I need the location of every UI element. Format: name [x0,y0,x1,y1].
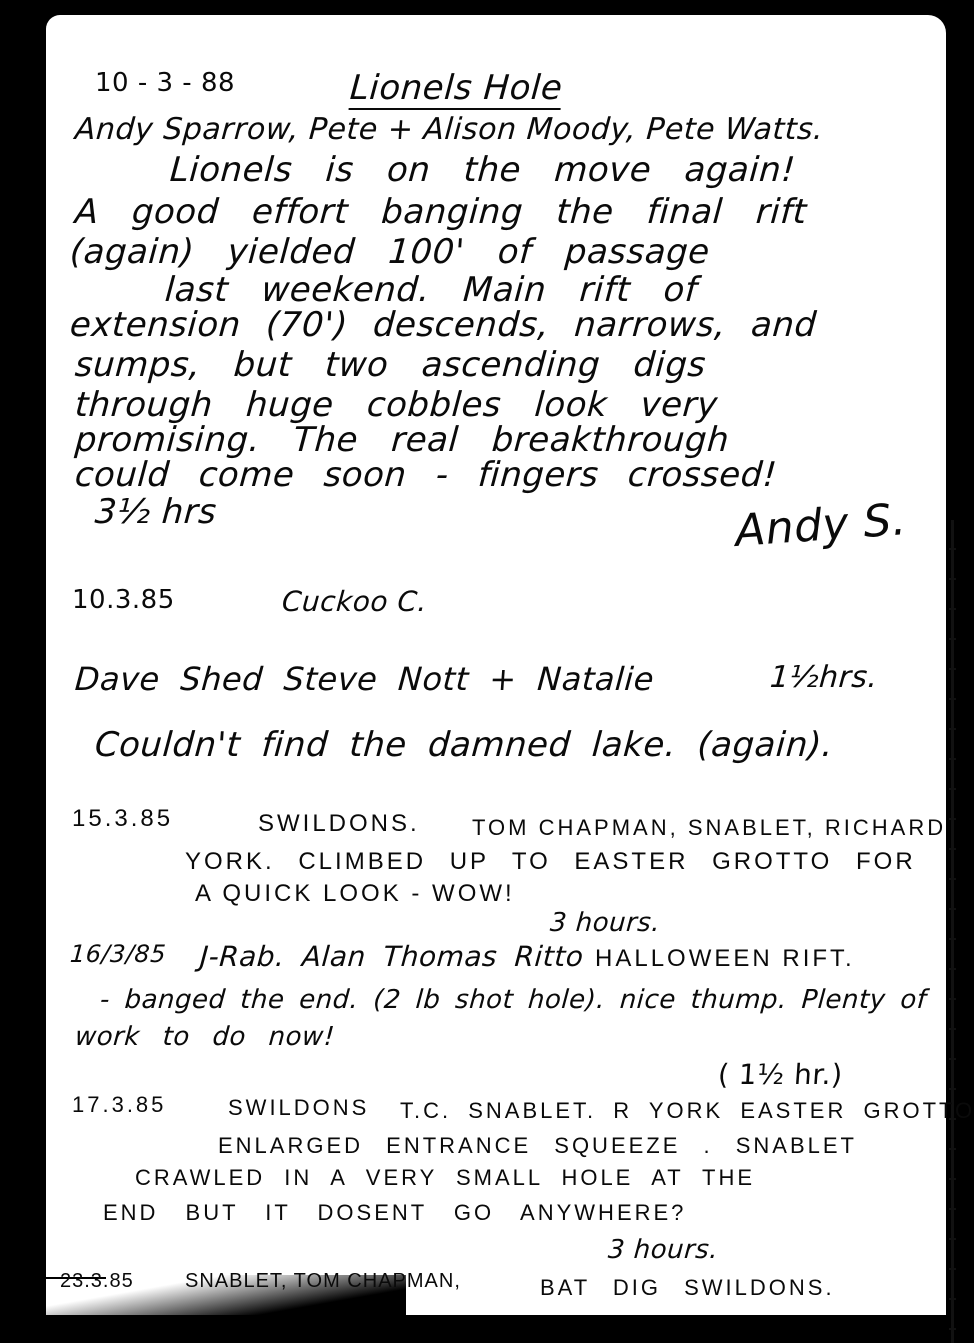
entry-line: END BUT IT DOSENT GO ANYWHERE? [103,1200,686,1226]
entry-cave: Cuckoo C. [281,585,428,618]
entry-date: 17.3.85 [72,1092,166,1118]
entry-line: through huge cobbles look very [74,385,720,425]
entry-line: could come soon - fingers crossed! [74,455,779,495]
entry-line: extension (70') descends, narrows, and [69,305,818,345]
entry-duration: 3 hours. [607,1235,719,1265]
entry-line: ENLARGED ENTRANCE SQUEEZE . SNABLET [218,1133,857,1159]
entry-line: (again) yielded 100' of passage [69,232,712,272]
entry-line: A good effort banging the final rift [74,192,809,232]
entry-line: T.C. SNABLET. R YORK EASTER GROTTO [400,1098,974,1124]
entry-line: Couldn't find the damned lake. (again). [94,725,835,765]
entry-cave: BAT DIG SWILDONS. [540,1275,835,1301]
binding-hole [30,937,42,949]
entry-line: - banged the end. (2 lb shot hole). nice… [99,985,928,1015]
entry-line: Dave Shed Steve Nott + Natalie [74,660,656,698]
entry-date: 10 - 3 - 88 [95,68,235,98]
entry-line: J-Rab. Alan Thomas Ritto [199,940,585,973]
entry-line: promising. The real breakthrough [74,420,731,460]
entry-cave: Lionels Hole [349,68,564,110]
entry-cave: SWILDONS. [258,810,420,838]
entry-line: YORK. CLIMBED UP TO EASTER GROTTO FOR [185,848,916,876]
page-binding-edge [951,520,954,1343]
entry-duration: 3 hours. [549,908,661,938]
entry-line: last weekend. Main rift of [164,270,699,310]
entry-date: 16/3/85 [69,940,167,968]
entry-duration: ( 1½ hr.) [717,1058,844,1091]
entry-line: SNABLET, TOM CHAPMAN, [185,1270,461,1293]
entry-line: work to do now! [74,1022,336,1052]
entry-line: CRAWLED IN A VERY SMALL HOLE AT THE [135,1165,755,1191]
entry-line: A QUICK LOOK - WOW! [195,880,515,908]
entry-line: TOM CHAPMAN, SNABLET, RICHARD [472,815,946,841]
entry-line: Andy Sparrow, Pete + Alison Moody, Pete … [74,112,825,147]
entry-line: Lionels is on the move again! [169,150,797,190]
entry-cave: HALLOWEEN RIFT. [595,945,855,973]
entry-date: 10.3.85 [72,585,175,615]
entry-duration: 1½hrs. [769,660,879,695]
entry-duration: 3½ hrs [94,492,218,532]
entry-cave: SWILDONS [228,1095,369,1121]
entry-date: 23.3.85 [60,1270,134,1293]
entry-date: 15.3.85 [72,805,173,833]
entry-line: sumps, but two ascending digs [74,345,708,385]
